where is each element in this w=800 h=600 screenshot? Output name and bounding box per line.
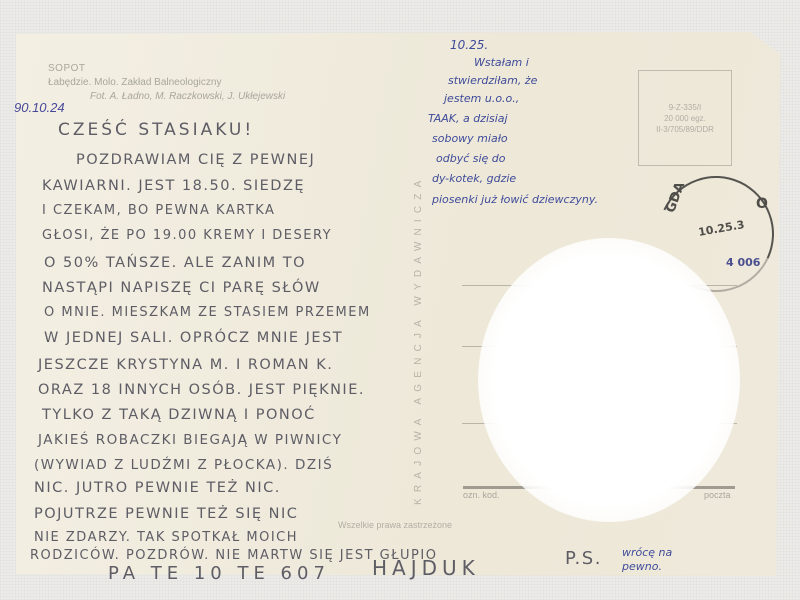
message-line: JAKIEŚ ROBACZKI BIEGAJĄ W PIWNICY — [38, 432, 342, 448]
message-line: POJUTRZE PEWNIE TEŻ SIĘ NIC — [34, 506, 298, 522]
message-line: ORAZ 18 INNYCH OSÓB. JEST PIĘKNIE. — [38, 382, 365, 398]
stamp-code-1: 9-Z-335/I — [669, 102, 701, 113]
publisher-vertical: KRAJOWA AGENCJA WYDAWNICZA — [413, 170, 427, 510]
rights-notice: Wszelkie prawa zastrzeżone — [338, 520, 452, 530]
right-note-line: sobowy miało — [432, 132, 508, 145]
postmark-top: O — [756, 196, 768, 212]
right-note-line: dy-kotek, gdzie — [432, 172, 516, 185]
message-line: NIE ZDARZY. TAK SPOTKAŁ MOICH — [34, 530, 298, 545]
closing: PA TE 10 TE 607 — [108, 563, 330, 584]
city-name: SOPOT — [48, 62, 285, 76]
right-note-time: 10.25. — [450, 38, 488, 52]
photo-credits: Fot. A. Ładno, M. Raczkowski, J. Ukłejew… — [48, 90, 285, 104]
right-note-line: piosenki już łowić dziewczyny. — [432, 193, 598, 206]
stamp-code-3: II-3/705/89/DDR — [656, 124, 714, 135]
stamp-code-2: 20 000 egz. — [664, 113, 706, 124]
message-line: GŁOSI, ŻE PO 19.00 KREMY I DESERY — [42, 228, 332, 243]
right-note-line: TAAK, a dzisiaj — [428, 112, 508, 125]
right-note-line: Wstałam i — [474, 56, 529, 69]
signature: HAJDUK — [372, 556, 480, 580]
message-line: I CZEKAM, BO PEWNA KARTKA — [42, 203, 275, 218]
postmark-digits: 4 006 — [726, 256, 760, 269]
message-line: POZDRAWIAM CIĘ Z PEWNEJ — [76, 152, 315, 168]
ps-note: wrócę na pewno. — [622, 546, 712, 574]
right-note-line: stwierdziłam, że — [448, 74, 537, 87]
postal-code-label: ozn. kod. — [463, 490, 500, 500]
message-line: NIC. JUTRO PEWNIE TEŻ NIC. — [34, 480, 281, 496]
message-date: 90.10.24 — [14, 100, 65, 115]
caption-text: Łabędzie. Molo. Zakład Balneologiczny — [48, 76, 285, 90]
printed-caption: SOPOT Łabędzie. Molo. Zakład Balneologic… — [48, 62, 285, 104]
message-line: KAWIARNI. JEST 18.50. SIEDZĘ — [42, 178, 305, 194]
right-note-line: odbyć się do — [436, 152, 506, 165]
message-line: NASTĄPI NAPISZĘ CI PARĘ SŁÓW — [42, 280, 321, 296]
right-note-line: jestem u.o.o., — [444, 92, 519, 105]
stamp-box: 9-Z-335/I 20 000 egz. II-3/705/89/DDR — [638, 70, 732, 166]
post-office-label: poczta — [704, 490, 731, 500]
greeting: CZEŚĆ STASIAKU! — [58, 120, 254, 140]
message-line: (WYWIAD Z LUDŹMI Z PŁOCKA). DZIŚ — [34, 457, 333, 473]
message-line: JESZCZE KRYSTYNA M. I ROMAN K. — [38, 357, 333, 373]
message-line: W JEDNEJ SALI. OPRÓCZ MNIE JEST — [44, 330, 343, 346]
redacted-address-area — [478, 238, 740, 522]
ps-label: P.S. — [565, 548, 602, 569]
message-line: O 50% TAŃSZE. ALE ZANIM TO — [44, 255, 306, 271]
message-line: TYLKO Z TAKĄ DZIWNĄ I PONOĆ — [42, 407, 316, 423]
message-line: O MNIE. MIESZKAM ZE STASIEM PRZEMEM — [44, 305, 371, 320]
